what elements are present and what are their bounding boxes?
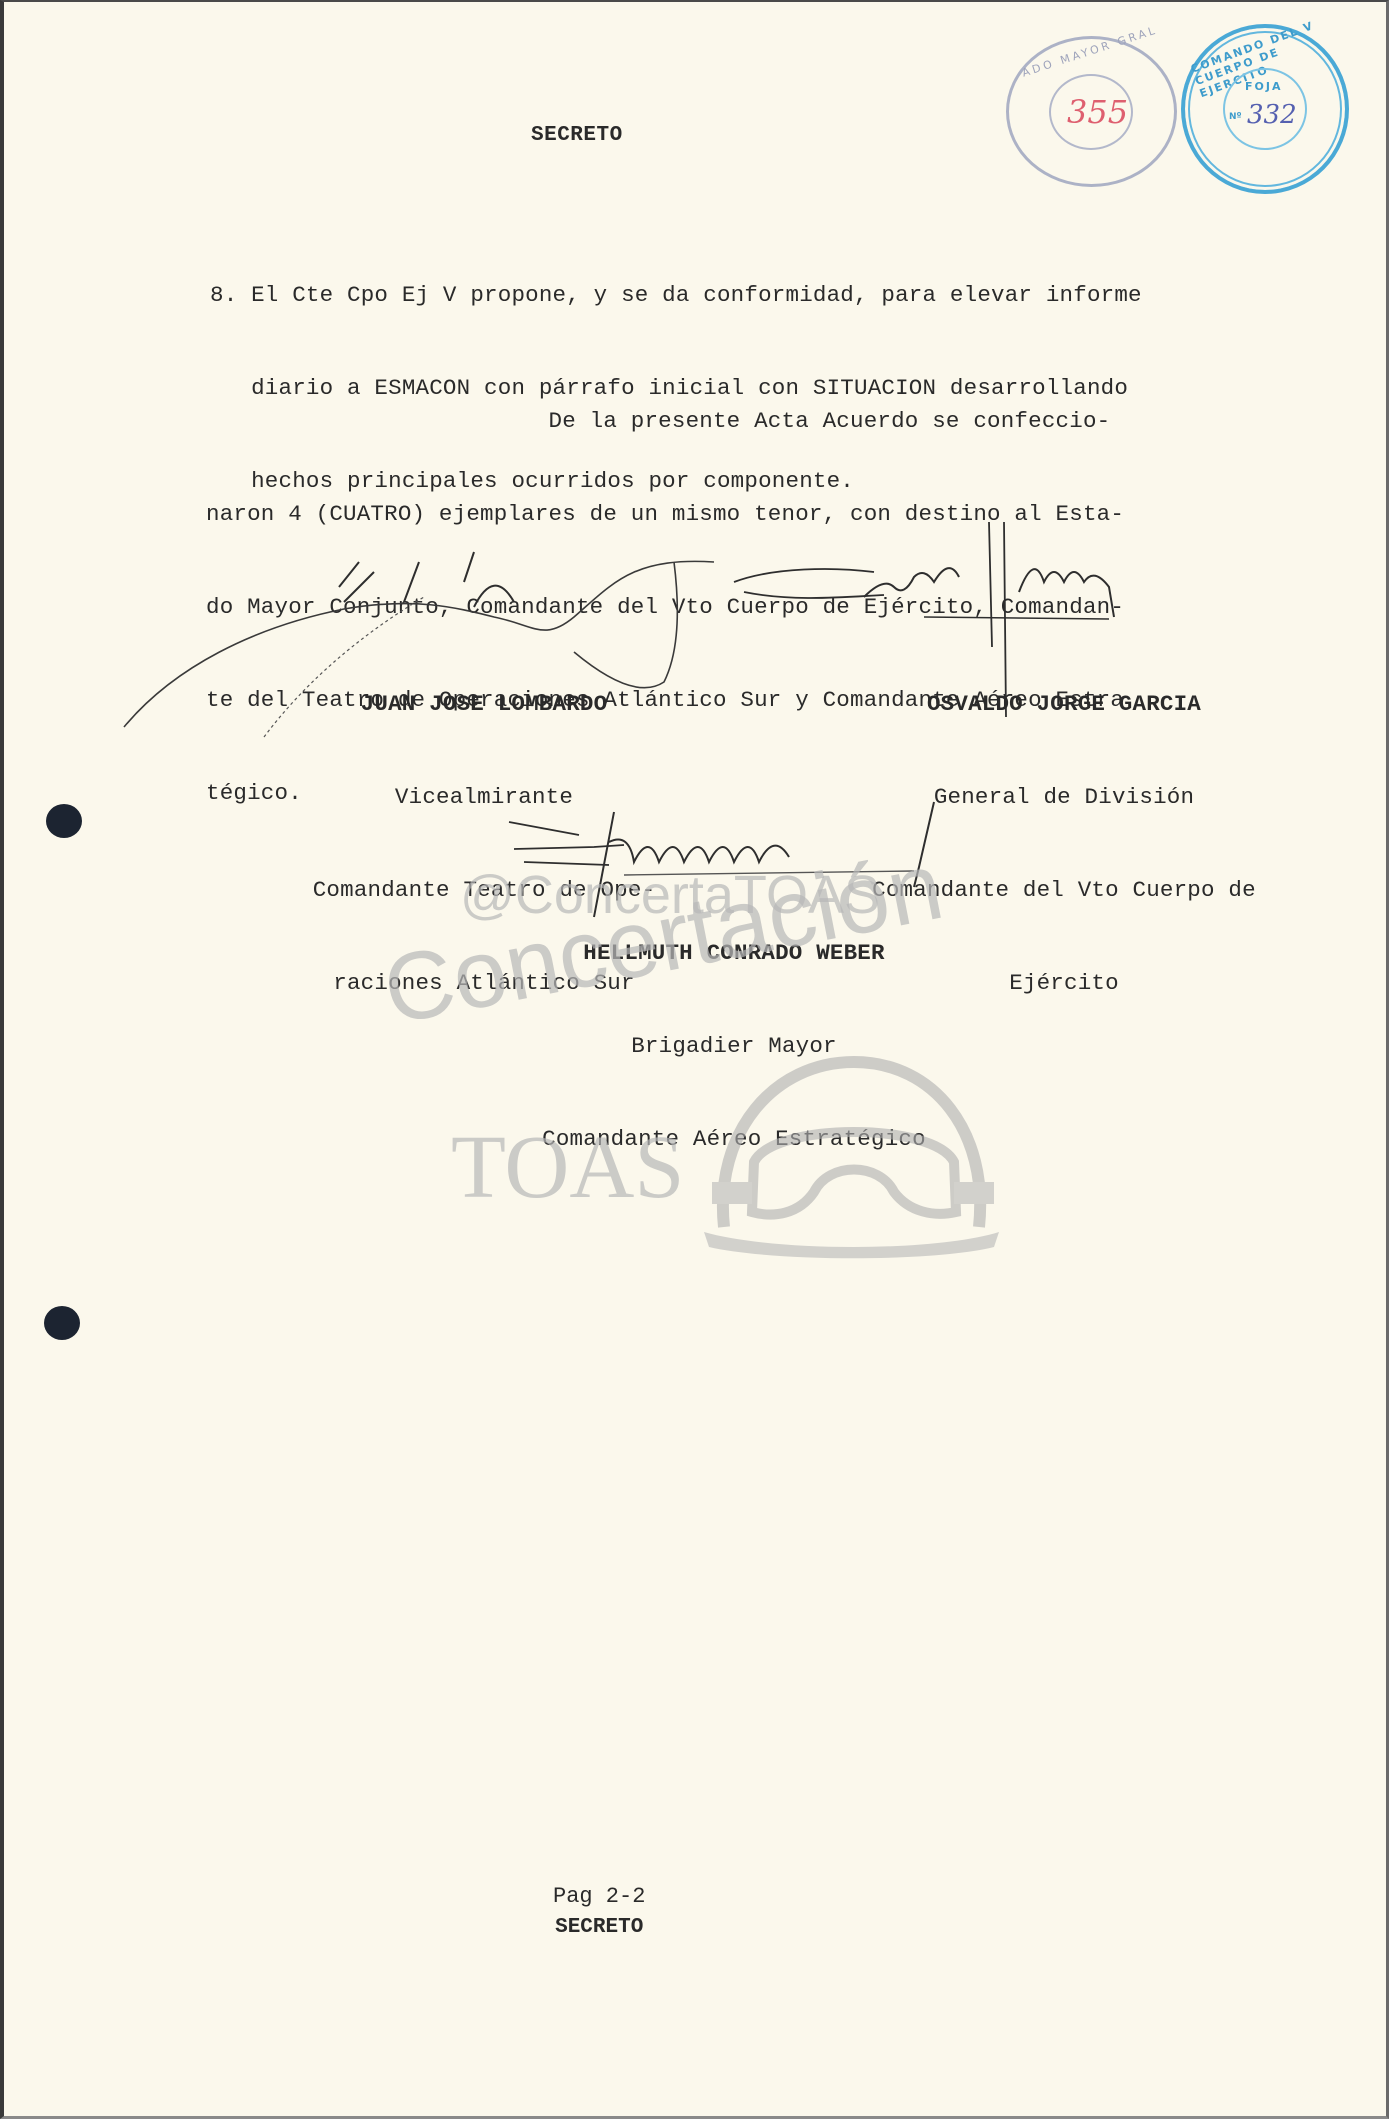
foja-stamp: COMANDO DEL V CUERPO DE EJERCITO FOJA Nº… [1181, 24, 1349, 194]
signatory-name: OSVALDO JORGE GARCIA [824, 689, 1304, 720]
helmet-goggles-icon [694, 1052, 1004, 1262]
signatory-rank: Vicealmirante [274, 782, 694, 813]
paragraph-line: 8. El Cte Cpo Ej V propone, y se da conf… [210, 280, 1142, 311]
foja-number-prefix: Nº [1229, 112, 1242, 122]
paragraph-line: De la presente Acta Acuerdo se confeccio… [206, 406, 1124, 437]
foja-label: FOJA [1245, 80, 1282, 93]
signatory-rank: General de División [824, 782, 1304, 813]
document-page: SECRETO ADO MAYOR GRAL 355 COMANDO DEL V… [0, 0, 1389, 2119]
watermark-brand: TOAS [451, 1116, 684, 1219]
classification-footer: SECRETO [553, 1912, 645, 1943]
stamp-number: 355 [1067, 93, 1128, 131]
signatory-name: JUAN JOSE LOMBARDO [274, 689, 694, 720]
stamp-ring-text: ADO MAYOR GRAL [1020, 23, 1159, 79]
punch-hole-bottom [44, 1306, 80, 1340]
page-footer: Pag 2-2 SECRETO [553, 1881, 645, 1943]
foja-number: 332 [1247, 100, 1297, 130]
estado-mayor-stamp: ADO MAYOR GRAL 355 [1006, 36, 1177, 187]
classification-header: SECRETO [531, 124, 623, 147]
page-number: Pag 2-2 [553, 1881, 645, 1912]
punch-hole-top [46, 804, 82, 838]
